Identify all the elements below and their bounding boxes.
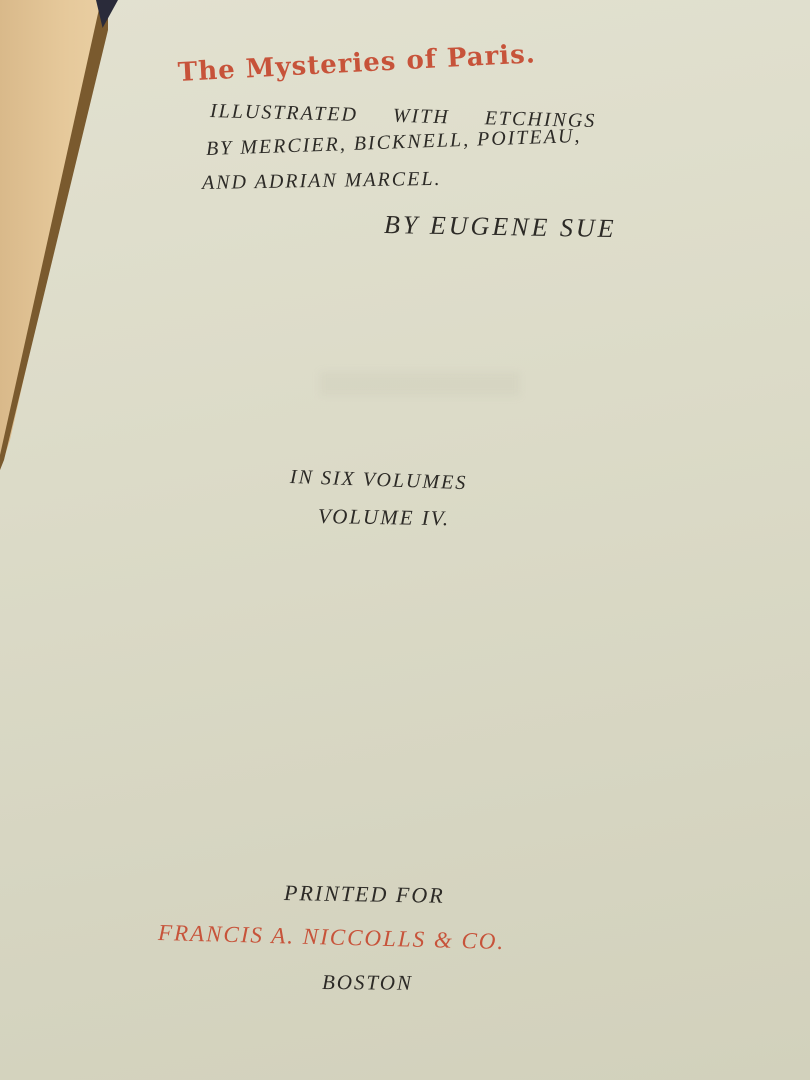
- volume-number-line: VOLUME IV.: [318, 504, 451, 531]
- title-page: [0, 0, 810, 1080]
- printed-for-line: PRINTED FOR: [284, 880, 445, 909]
- illustration-credit-line-3: AND ADRIAN MARCEL.: [202, 168, 442, 195]
- city-line: BOSTON: [322, 970, 413, 996]
- show-through-text: [320, 372, 520, 396]
- author-line: BY EUGENE SUE: [384, 210, 617, 244]
